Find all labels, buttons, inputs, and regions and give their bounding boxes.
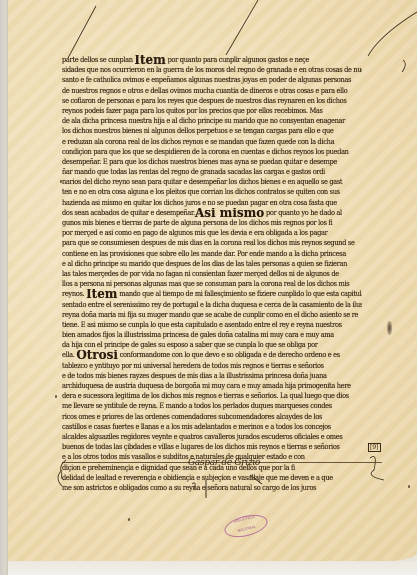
line-text: desempeñar. E para que los dichos nuestr… <box>62 157 337 166</box>
line-text: ricos omes e priores de las ordenes come… <box>62 412 322 421</box>
line-text: da hija con el principe de gales su espo… <box>62 340 318 349</box>
paper-speck <box>55 395 57 398</box>
manuscript-line: parte dellos se cunplan Item por quanto … <box>62 55 362 65</box>
manuscript-line: ella. Otrosi conformandome con lo que de… <box>62 350 362 360</box>
line-text: castillos e casas fuertes e llanas e a l… <box>62 422 331 431</box>
manuscript-line: buenos de todas las çibdades e villas e … <box>62 442 362 452</box>
manuscript-line: alcaldes alguaziles regidores veynte e q… <box>62 432 362 442</box>
paper-speck <box>128 518 130 521</box>
line-text: mando que al tiempo de mi fallesçimiento… <box>117 289 361 298</box>
manuscript-line: las tales merçedes de por vida no fagan … <box>62 269 362 279</box>
line-text: alcaldes alguaziles regidores veynte e q… <box>62 432 342 441</box>
paper-speck <box>60 180 62 183</box>
manuscript-line: tiene. E asi mismo se cunpla lo que esta… <box>62 320 362 330</box>
line-text: narios del dicho reyno sean para quitar … <box>62 177 342 186</box>
manuscript-line: bien amados fijos la illustrissima princ… <box>62 330 362 340</box>
manuscript-line: delidad de lealtad e reverençia e obidie… <box>62 473 362 483</box>
line-text: se cofiaron de personas e para los reyes… <box>62 96 346 105</box>
manuscript-line: narios del dicho reyno sean para quitar … <box>62 177 362 187</box>
manuscript-line: sentado entre el serenissimo rey de port… <box>62 300 362 310</box>
line-text: dera e sucessora legitima de los dichos … <box>62 391 349 400</box>
line-text: de nuestros regnos e otros e dellas ovim… <box>62 86 347 95</box>
line-text: me son astrictos e obligados como a su r… <box>62 483 316 492</box>
manuscript-line: de nuestros regnos e otros e dellas ovim… <box>62 86 362 96</box>
line-text: tablezco e yntituyo por mi universal her… <box>62 361 324 370</box>
section-heading: Item <box>86 289 117 299</box>
line-text: tiene. E asi mismo se cunpla lo que esta… <box>62 320 342 329</box>
line-text: parte dellos se cunplan <box>62 55 134 64</box>
line-text: llos a persona ni personas algunas mas q… <box>62 279 349 288</box>
line-text: los dichos nuestros bienes ni algunos de… <box>62 126 334 135</box>
line-text: ñar mando que todas las rentas del regno… <box>62 167 325 176</box>
manuscript-line: reynos podeis fazer paga para los quitos… <box>62 106 362 116</box>
line-text: dos sean acabados de quitar e desempeñar… <box>62 208 195 217</box>
ink-smudge <box>387 321 392 335</box>
manuscript-line: los dichos nuestros bienes ni algunos de… <box>62 126 362 136</box>
line-text: para que se consumiesen despues de mis d… <box>62 238 355 247</box>
line-text: por merçed e asi como en pago de algunos… <box>62 228 327 237</box>
line-text: bien amados fijos la illustrissima princ… <box>62 330 334 339</box>
manuscript-line: me son astrictos e obligados como a su r… <box>62 483 362 493</box>
manuscript-line: gunos mis bienes e tierras de parte de a… <box>62 218 362 228</box>
manuscript-line: condiçion para que los que se despidiere… <box>62 147 362 157</box>
manuscript-line: ñar mando que todas las rentas del regno… <box>62 167 362 177</box>
line-text: e de todos mis bienes rayzes despues de … <box>62 371 327 380</box>
line-text: sentado entre el serenissimo rey de port… <box>62 300 362 309</box>
manuscript-line: desempeñar. E para que los dichos nuestr… <box>62 157 362 167</box>
section-heading: Otrosi <box>76 350 118 360</box>
line-text: por quanto yo he dado al <box>264 208 342 217</box>
line-text: las tales merçedes de por vida no fagan … <box>62 269 339 278</box>
line-text: archiduquesa de austria duquesa de borgo… <box>62 381 351 390</box>
manuscript-line: se cofiaron de personas e para los reyes… <box>62 96 362 106</box>
line-text: conformandome con lo que devo e so oblig… <box>118 350 340 359</box>
signature: Gaspar de Grizio <box>188 458 260 468</box>
manuscript-line: e de todos mis bienes rayzes despues de … <box>62 371 362 381</box>
line-text: hazienda asi mismo en quitar los dichos … <box>62 198 337 207</box>
manuscript-line: sidades que nos ocurrieron en la guerra … <box>62 65 362 75</box>
line-text: contiene en las provisiones que sobre el… <box>62 249 346 258</box>
manuscript-line: archiduquesa de austria duquesa de borgo… <box>62 381 362 391</box>
line-text: ella. <box>62 350 76 359</box>
manuscript-line: ricos omes e priores de las ordenes come… <box>62 412 362 422</box>
manuscript-line: dos sean acabados de quitar e desempeñar… <box>62 208 362 218</box>
manuscript-line: santo e fe catholica ovimos e enpeñamos … <box>62 75 362 85</box>
section-heading: Item <box>134 55 165 65</box>
line-text: reyna doña maria mi fija su muger mando … <box>62 310 358 319</box>
line-text: ten e no en otra cosa alguna e los pleit… <box>62 187 340 196</box>
line-text: santo e fe catholica ovimos e enpeñamos … <box>62 75 351 84</box>
line-text: e reduzan ala corona real de los dichos … <box>62 137 334 146</box>
manuscript-line: por merçed e asi como en pago de algunos… <box>62 228 362 238</box>
line-text: reynos. <box>62 289 86 298</box>
manuscript-line: reynos. Item mando que al tiempo de mi f… <box>62 289 362 299</box>
line-text: e al dicho principe su marido que despue… <box>62 259 347 268</box>
manuscript-line: castillos e casas fuertes e llanas e a l… <box>62 422 362 432</box>
manuscript-line: llos a persona ni personas algunas mas q… <box>62 279 362 289</box>
manuscript-text-block: parte dellos se cunplan Item por quanto … <box>62 55 388 493</box>
section-heading: Asi mismo <box>195 208 264 218</box>
manuscript-line: e al dicho principe su marido que despue… <box>62 259 362 269</box>
manuscript-line: contiene en las provisiones que sobre el… <box>62 249 362 259</box>
folio-mark: [9] <box>368 443 381 452</box>
line-text: e a los otros todos mis vasallos e subdi… <box>62 452 305 461</box>
line-text: buenos de todas las çibdades e villas e … <box>62 442 340 451</box>
paper-speck <box>408 485 410 488</box>
manuscript-line: reyna doña maria mi fija su muger mando … <box>62 310 362 320</box>
line-text: reynos podeis fazer paga para los quitos… <box>62 106 323 115</box>
line-text: condiçion para que los que se despidiere… <box>62 147 349 156</box>
line-text: delidad de lealtad e reverençia e obidie… <box>62 473 333 482</box>
manuscript-line: para que se consumiesen despues de mis d… <box>62 238 362 248</box>
manuscript-line: e reduzan ala corona real de los dichos … <box>62 137 362 147</box>
line-text: de ala dicha princesa nuestra hija e al … <box>62 116 345 125</box>
manuscript-line: me llevare se yntitule de reyna. E mando… <box>62 401 362 411</box>
line-text: sidades que nos ocurrieron en la guerra … <box>62 65 362 74</box>
manuscript-line: tablezco e yntituyo por mi universal her… <box>62 361 362 371</box>
line-text: gunos mis bienes e tierras de parte de a… <box>62 218 332 227</box>
manuscript-line: ten e no en otra cosa alguna e los pleit… <box>62 187 362 197</box>
manuscript-line: da hija con el principe de gales su espo… <box>62 340 362 350</box>
manuscript-line: dera e sucessora legitima de los dichos … <box>62 391 362 401</box>
line-text: por quanto para cunplir algunos gastos e… <box>166 55 309 64</box>
manuscript-line: hazienda asi mismo en quitar los dichos … <box>62 198 362 208</box>
line-text: me llevare se yntitule de reyna. E mando… <box>62 401 332 410</box>
manuscript-line: de ala dicha princesa nuestra hija e al … <box>62 116 362 126</box>
